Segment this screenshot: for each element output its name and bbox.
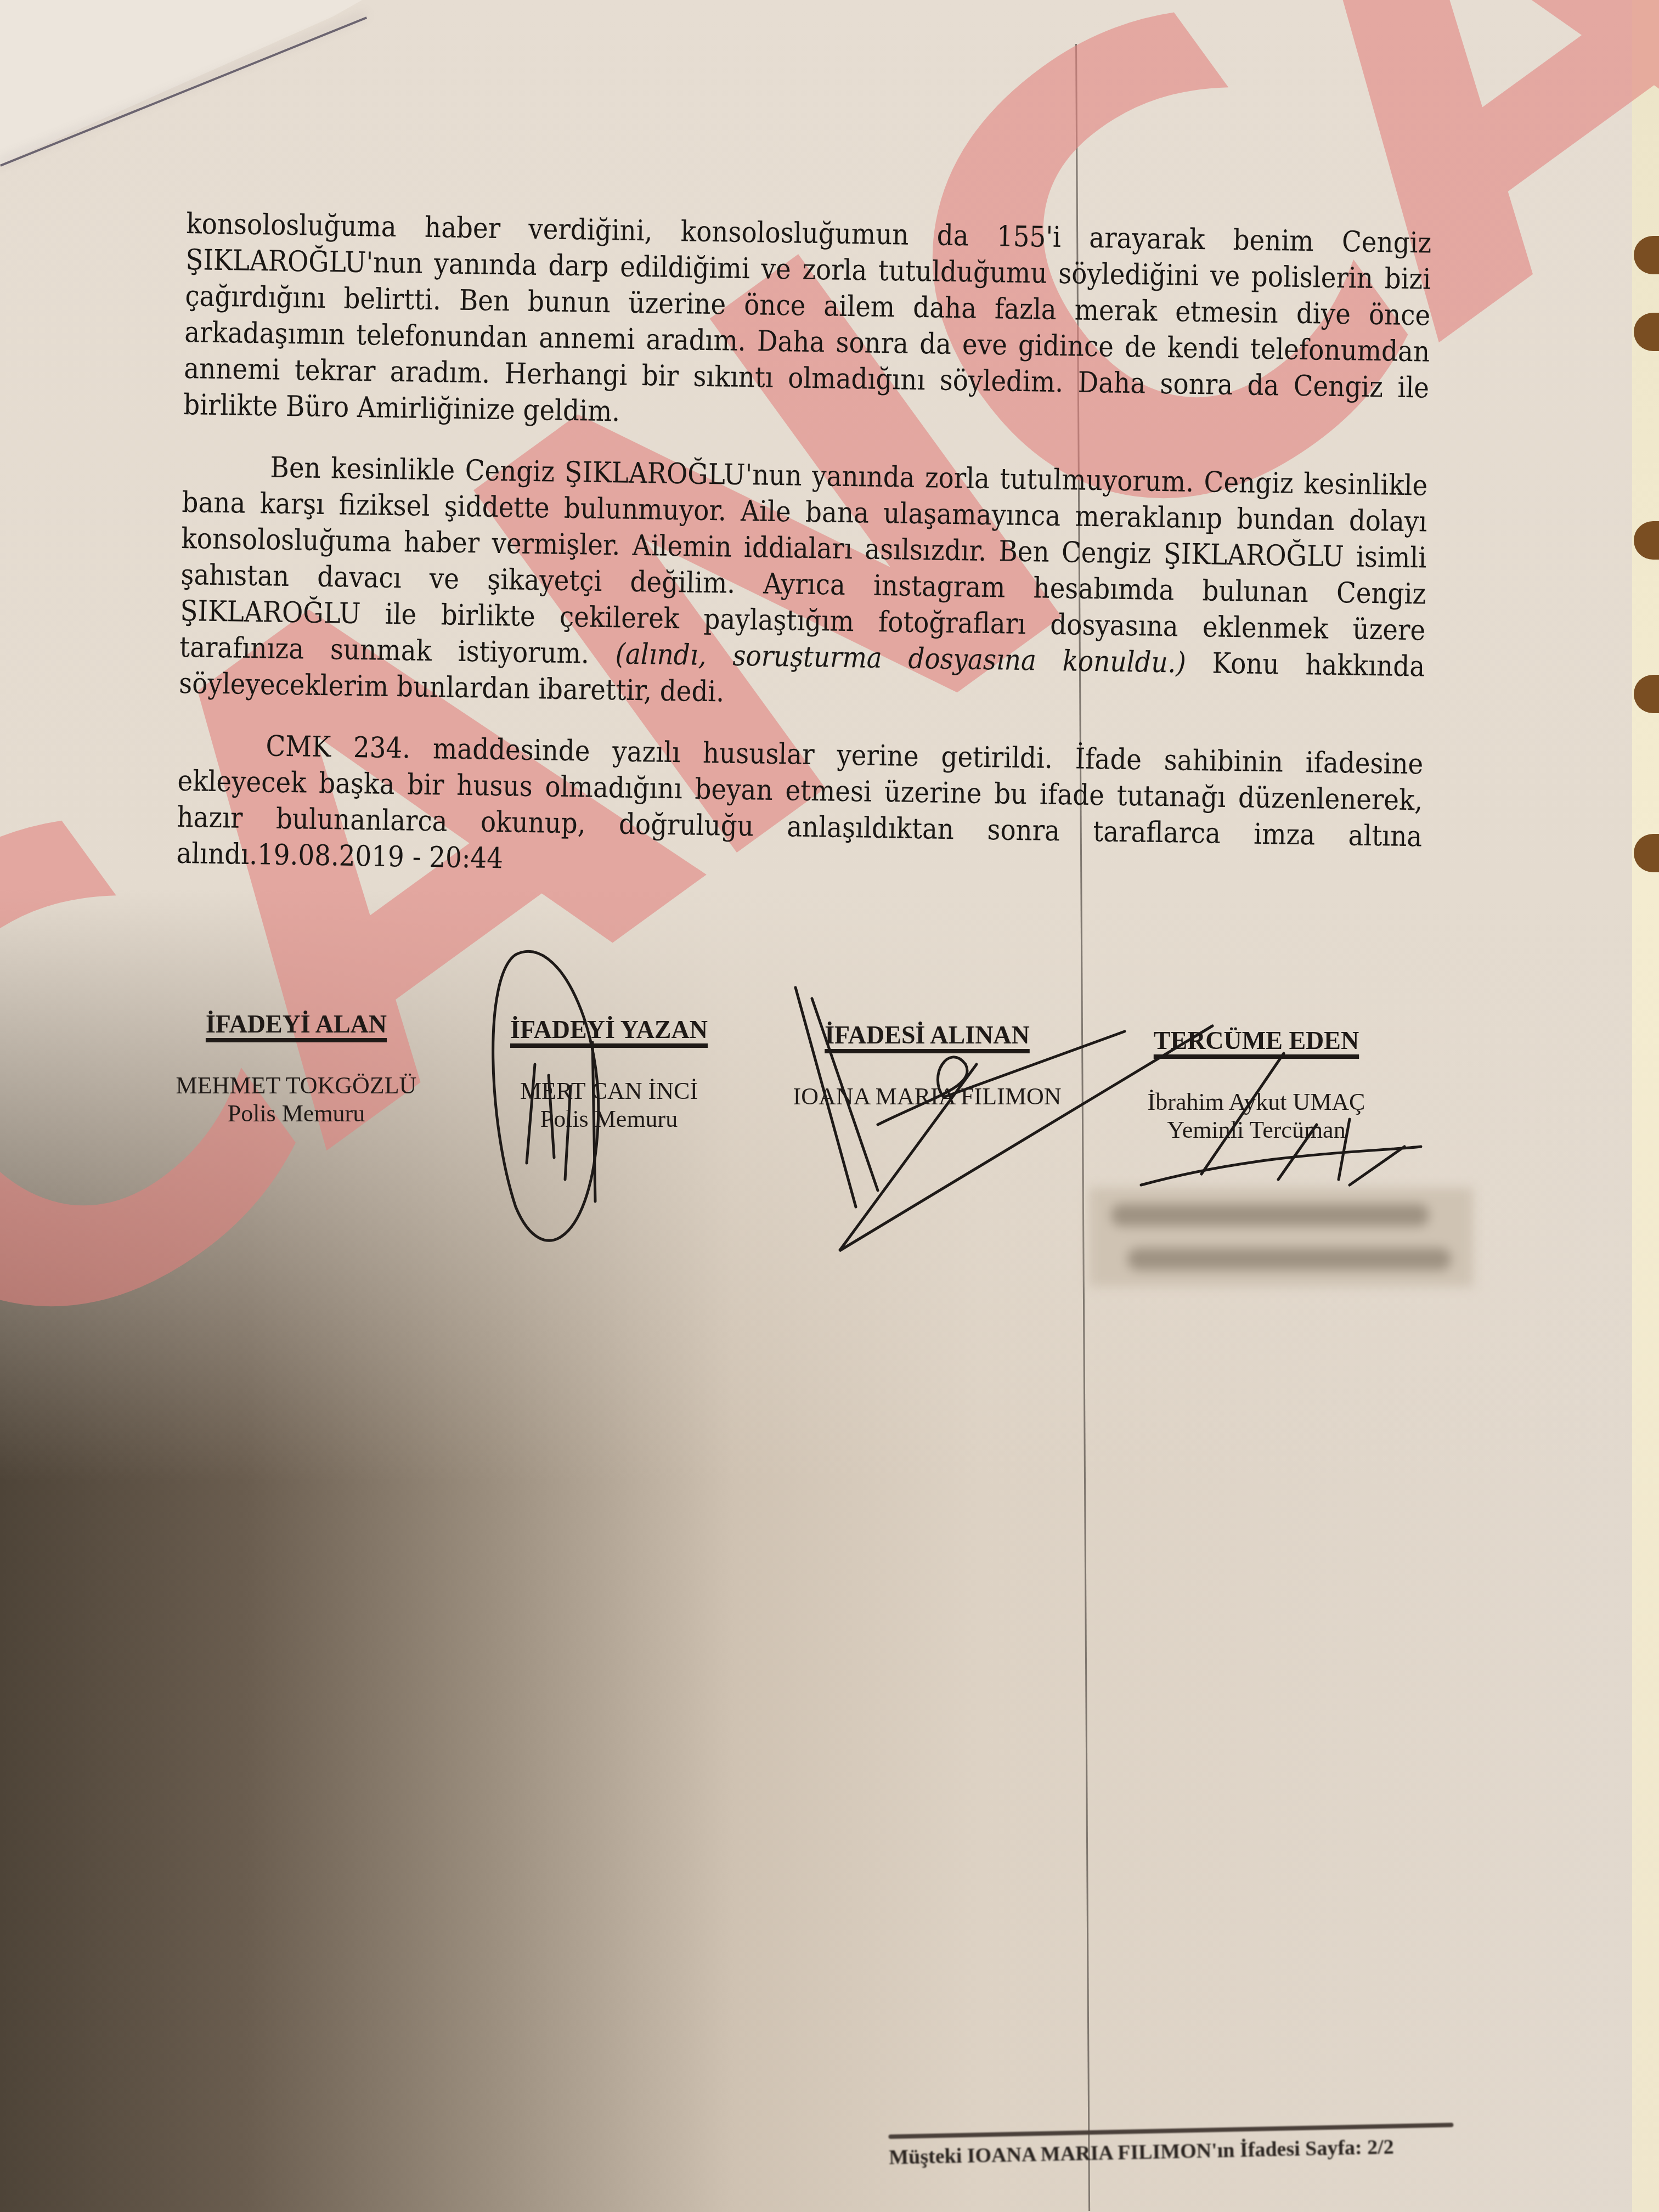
paragraph-2: Ben kesinlikle Cengiz ŞIKLAROĞLU'nun yan… — [179, 448, 1428, 721]
signatory-statement-taker: İFADEYİ ALAN MEHMET TOKGÖZLÜ Polis Memur… — [143, 1009, 450, 1127]
statement-body: konsolosluğuma haber verdiğini, konsolos… — [176, 206, 1432, 917]
table-edge-notch — [1634, 675, 1659, 713]
paragraph-1: konsolosluğuma haber verdiğini, konsolos… — [183, 206, 1432, 443]
signatory-statement-giver: İFADESİ ALINAN IOANA MARIA FILIMON — [774, 1020, 1081, 1110]
evidence-note: (alındı, soruşturma dosyasına konuldu.) — [615, 637, 1186, 679]
paragraph-3-closing: CMK 234. maddesinde yazılı hususlar yeri… — [176, 727, 1424, 891]
table-edge-notch — [1634, 236, 1659, 274]
redacted-contact-info — [1089, 1188, 1473, 1286]
table-edge-notch — [1634, 521, 1659, 560]
signatory-statement-writer: İFADEYİ YAZAN MERT CAN İNCİ Polis Memuru — [455, 1015, 763, 1133]
signatory-translator: TERCÜME EDEN İbrahim Aykut UMAÇ Yeminli … — [1103, 1026, 1410, 1144]
table-edge-notch — [1634, 834, 1659, 872]
signature-block: İFADEYİ ALAN MEHMET TOKGÖZLÜ Polis Memur… — [143, 1009, 1437, 1174]
table-edge-notch — [1634, 313, 1659, 351]
